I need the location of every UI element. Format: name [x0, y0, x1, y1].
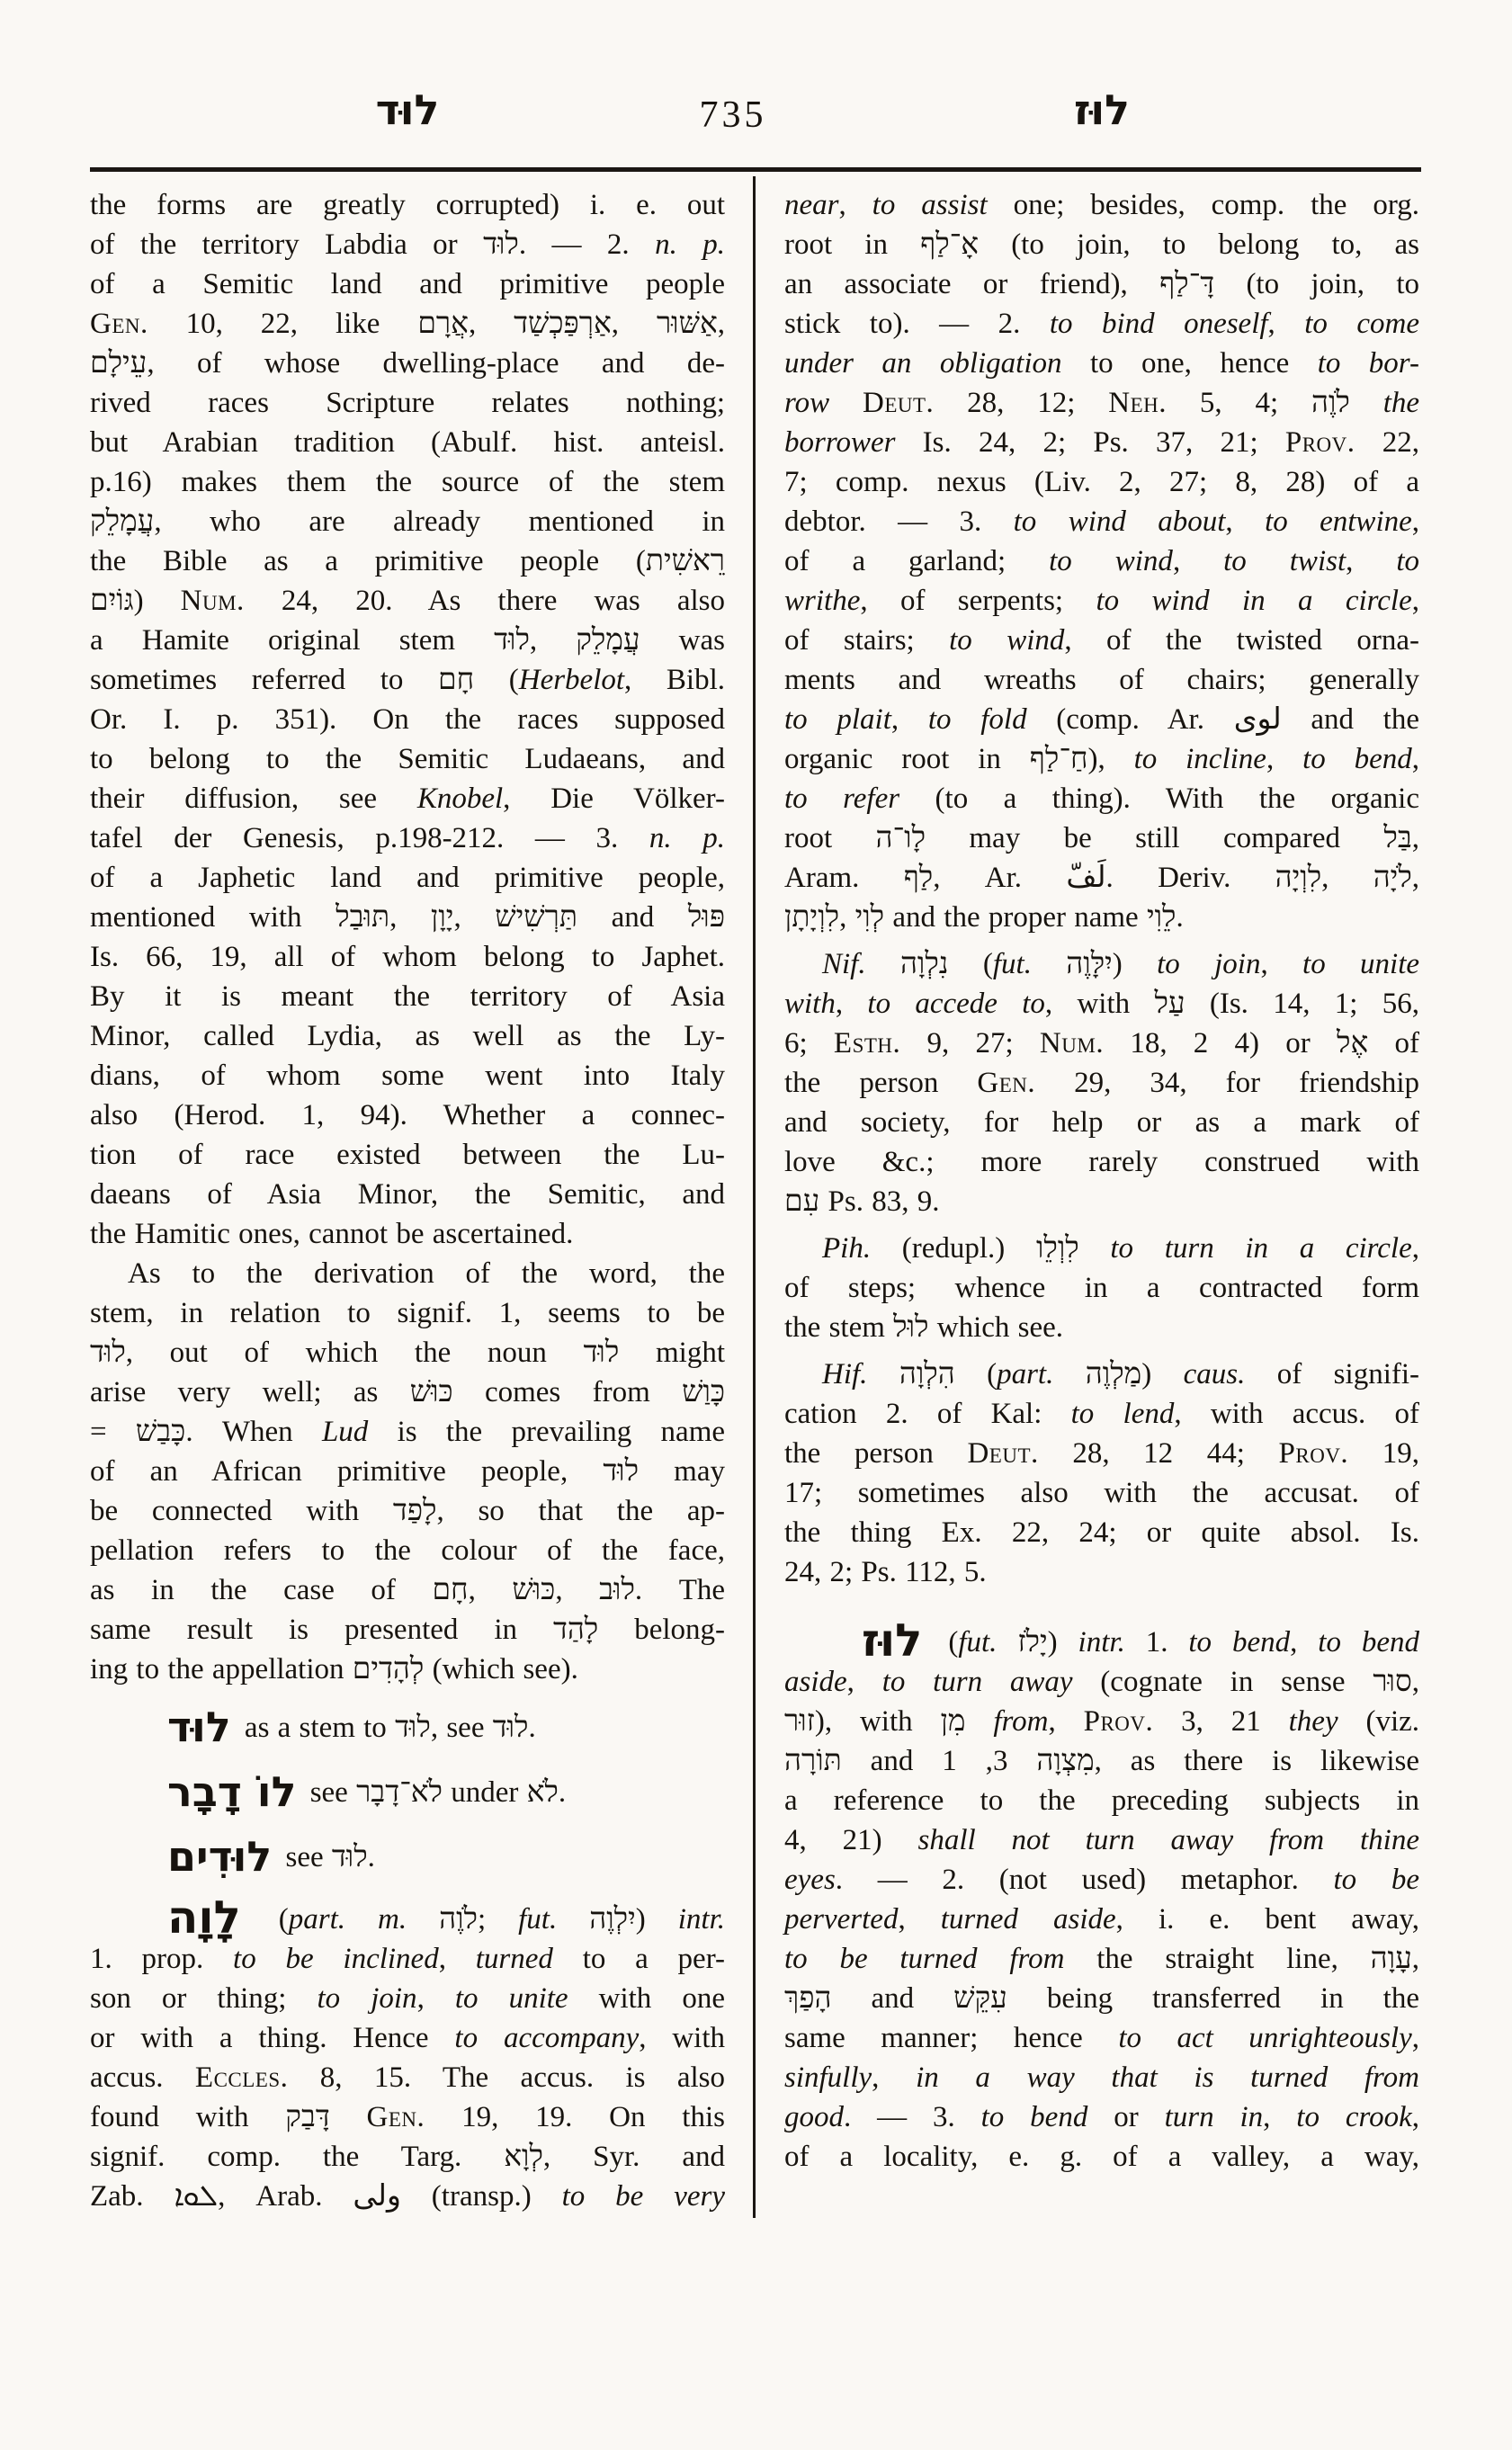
text-line: stick to). — 2. to bind oneself, to come [784, 304, 1419, 344]
text-line: ing to the appellation לְהָדִים (which s… [90, 1650, 725, 1689]
text-line: of a locality, e. g. of a valley, a way, [784, 2137, 1419, 2177]
headword: לוּד [167, 1703, 237, 1751]
text-line: עִם Ps. 83, 9. [784, 1182, 1419, 1221]
text-line: near, to assist one; besides, comp. the … [784, 185, 1419, 225]
text-line: the Hamitic ones, cannot be ascertained. [90, 1214, 725, 1254]
text-line: 17; sometimes also with the accusat. of [784, 1473, 1419, 1513]
text-line: root לָו־ה may be still compared בַּל‎, [784, 818, 1419, 858]
text-line: לוּד‎, out of which the noun לוּד might [90, 1333, 725, 1373]
text-line: arise very well; as כּוּשׁ comes from כָ… [90, 1373, 725, 1412]
right-catchword: לוּז [784, 83, 1419, 137]
text-line: גּוֹיִם‎) Num. 24, 20. As there was also [90, 581, 725, 621]
text-line: as in the case of חָם‎, כּוּשׁ‎, לוּב‎. … [90, 1570, 725, 1610]
text-line: under an obligation to one, hence to bor… [784, 344, 1419, 383]
text-line: eyes. — 2. (not used) metaphor. to be [784, 1860, 1419, 1900]
text-line: organic root in חַ־לַף‎), to incline, to… [784, 739, 1419, 779]
entry-line: לוּדִים see לוּד‎. [90, 1831, 725, 1883]
text-line: tion of race existed between the Lu- [90, 1135, 725, 1175]
running-head: לוּד 735 לוּז [0, 83, 1512, 146]
entry-line: לוּד as a stem to לוּד‎, see לוּד‎. [90, 1702, 725, 1754]
text-line: found with דָּבַק Gen. 19, 19. On this [90, 2097, 725, 2137]
text-line: to be turned from the straight line, עָו… [784, 1939, 1419, 1979]
text-line: son or thing; to join, to unite with one [90, 1979, 725, 2018]
text-line: sometimes referred to חָם (Herbelot, Bib… [90, 660, 725, 700]
text-line: of stairs; to wind, of the twisted orna- [784, 621, 1419, 660]
headword: לוֹ דָבָר [167, 1767, 301, 1816]
text-line: Nif. נִלְוָה (fut. יִלָּוֶה‎) to join, t… [784, 944, 1419, 984]
text-line: of a garland; to wind, to twist, to [784, 541, 1419, 581]
text-line: good. — 3. to bend or turn in, to crook, [784, 2097, 1419, 2137]
header-rule [90, 167, 1421, 172]
text-line: to refer (to a thing). With the organic [784, 779, 1419, 818]
text-line: ments and wreaths of chairs; generally [784, 660, 1419, 700]
text-line: of an African primitive people, לוּד may [90, 1452, 725, 1491]
text-line: 7; comp. nexus (Liv. 2, 27; 8, 28) of a [784, 462, 1419, 502]
text-line: or with a thing. Hence to accompany, wit… [90, 2018, 725, 2058]
text-line: 4, 21) shall not turn away from thine [784, 1820, 1419, 1860]
text-line: Pih. (redupl.) לִוְלֵו to turn in a circ… [784, 1229, 1419, 1268]
text-line: aside, to turn away (cognate in sense סו… [784, 1662, 1419, 1702]
text-line: of the territory Labdia or לוּד‎. — 2. n… [90, 225, 725, 264]
text-line: tafel der Genesis, p.198-212. — 3. n. p. [90, 818, 725, 858]
text-line: By it is meant the territory of Asia [90, 977, 725, 1016]
text-line: debtor. — 3. to wind about, to entwine, [784, 502, 1419, 541]
text-line: same result is presented in לָהַד belong… [90, 1610, 725, 1650]
text-line: of a Japhetic land and primitive people, [90, 858, 725, 898]
text-line: Is. 66, 19, all of whom belong to Japhet… [90, 937, 725, 977]
text-line: 24, 2; Ps. 112, 5. [784, 1552, 1419, 1592]
text-line: cation 2. of Kal: to lend, with accus. o… [784, 1394, 1419, 1434]
text-line: זוּר‎), with מִן from, Prov. 3, 21 they … [784, 1702, 1419, 1741]
text-line: love &c.; more rarely construed with [784, 1142, 1419, 1182]
text-line: As to the derivation of the word, the [90, 1254, 725, 1293]
text-line: of a Semitic land and primitive people [90, 264, 725, 304]
text-line: pellation refers to the colour of the fa… [90, 1531, 725, 1570]
text-line: Aram. לַף‎, Ar. لَفّ‎. Deriv. לִוְיָה‎, … [784, 858, 1419, 898]
text-line: 1. prop. to be inclined, turned to a per… [90, 1939, 725, 1979]
text-line: the stem לוּל which see. [784, 1308, 1419, 1347]
text-line: root in אָ־לַף (to join, to belong to, a… [784, 225, 1419, 264]
text-line: signif. comp. the Targ. לְוָא‎, Syr. and [90, 2137, 725, 2177]
text-line: of steps; whence in a contracted form [784, 1268, 1419, 1308]
text-line: daeans of Asia Minor, the Semitic, and [90, 1175, 725, 1214]
text-line: הָפַךְ and עִקֵּשׁ being transferred in … [784, 1979, 1419, 2018]
text-line: stem, in relation to signif. 1, seems to… [90, 1293, 725, 1333]
text-line: but Arabian tradition (Abulf. hist. ante… [90, 423, 725, 462]
text-line: עֵילָם‎, of whose dwelling-place and de- [90, 344, 725, 383]
text-line: Minor, called Lydia, as well as the Ly- [90, 1016, 725, 1056]
text-line: Hif. הִלְוָה (part. מַלְוֶה‎) caus. of s… [784, 1355, 1419, 1394]
left-column: the forms are greatly corrupted) i. e. o… [90, 185, 725, 2216]
left-catchword: לוּד [90, 83, 725, 137]
text-line: Zab. ܠܘܐ‎, Arab. ولى (transp.) to be ver… [90, 2177, 725, 2216]
text-line: sinfully, in a way that is turned from [784, 2058, 1419, 2097]
text-line: תּוֹרָה and מִצְוָה 3, 1, as there is li… [784, 1741, 1419, 1781]
entry-line: לוֹ דָבָר see לֹא־דָבָר under לֹא‎. [90, 1766, 725, 1819]
text-line: the forms are greatly corrupted) i. e. o… [90, 185, 725, 225]
text-line: accus. Eccles. 8, 15. The accus. is also [90, 2058, 725, 2097]
text-line: the person Gen. 29, 34, for friendship [784, 1063, 1419, 1103]
text-line: borrower Is. 24, 2; Ps. 37, 21; Prov. 22… [784, 423, 1419, 462]
entry-line: לָוָה (part. m. לֹוֶה‎; fut. יִלְוֶה‎) i… [90, 1900, 725, 1939]
text-line: row Deut. 28, 12; Neh. 5, 4; לֹוֶה the [784, 383, 1419, 423]
text-line: to plait, to fold (comp. Ar. لوى and the [784, 700, 1419, 739]
text-line: = כָּבַשׁ‎. When Lud is the prevailing n… [90, 1412, 725, 1452]
text-line: a Hamite original stem לוּד‎, עֲמָלֵק wa… [90, 621, 725, 660]
text-line: 6; Esth. 9, 27; Num. 18, 2 4) or אֶל of [784, 1024, 1419, 1063]
text-line: rived races Scripture relates nothing; [90, 383, 725, 423]
text-line: same manner; hence to act unrighteously, [784, 2018, 1419, 2058]
text-line: the thing Ex. 22, 24; or quite absol. Is… [784, 1513, 1419, 1552]
text-line: Or. I. p. 351). On the races supposed [90, 700, 725, 739]
text-line: p.16) makes them the source of the stem [90, 462, 725, 502]
text-line: לִוְיָתָן‎, לְוִי and the proper name לֵ… [784, 898, 1419, 937]
text-line: and society, for help or as a mark of [784, 1103, 1419, 1142]
text-line: the Bible as a primitive people (רֵאשִׁי… [90, 541, 725, 581]
text-line: to belong to the Semitic Ludaeans, and [90, 739, 725, 779]
headword: לוּז [862, 1614, 927, 1667]
text-line: their diffusion, see Knobel, Die Völker- [90, 779, 725, 818]
text-line: an associate or friend), דָּ־לַף (to joi… [784, 264, 1419, 304]
text-line: writhe, of serpents; to wind in a circle… [784, 581, 1419, 621]
text-line: עֲמָלֵק‎, who are already mentioned in [90, 502, 725, 541]
text-line: Gen. 10, 22, like אֲרָם‎, אַרְפַּכְשַׁד‎… [90, 304, 725, 344]
text-line: with, to accede to, with עַל (Is. 14, 1;… [784, 984, 1419, 1024]
text-line: a reference to the preceding subjects in [784, 1781, 1419, 1820]
headword: לָוָה [167, 1891, 246, 1944]
text-line: be connected with לָפַד‎, so that the ap… [90, 1491, 725, 1531]
right-column: near, to assist one; besides, comp. the … [784, 185, 1419, 2177]
text-line: dians, of whom some went into Italy [90, 1056, 725, 1095]
text-line: mentioned with תּוּבַל‎, יָוָן‎, תַּרְשִ… [90, 898, 725, 937]
headword: לוּדִים [167, 1832, 277, 1881]
text-line: also (Herod. 1, 94). Whether a connec- [90, 1095, 725, 1135]
text-line: perverted, turned aside, i. e. bent away… [784, 1900, 1419, 1939]
column-divider [753, 176, 756, 2218]
entry-line: לוּז (fut. יָלֹז‎) intr. 1. to bend, to … [784, 1623, 1419, 1662]
dictionary-page: לוּד 735 לוּז the forms are greatly corr… [0, 0, 1512, 2450]
text-line: the person Deut. 28, 12 44; Prov. 19, [784, 1434, 1419, 1473]
